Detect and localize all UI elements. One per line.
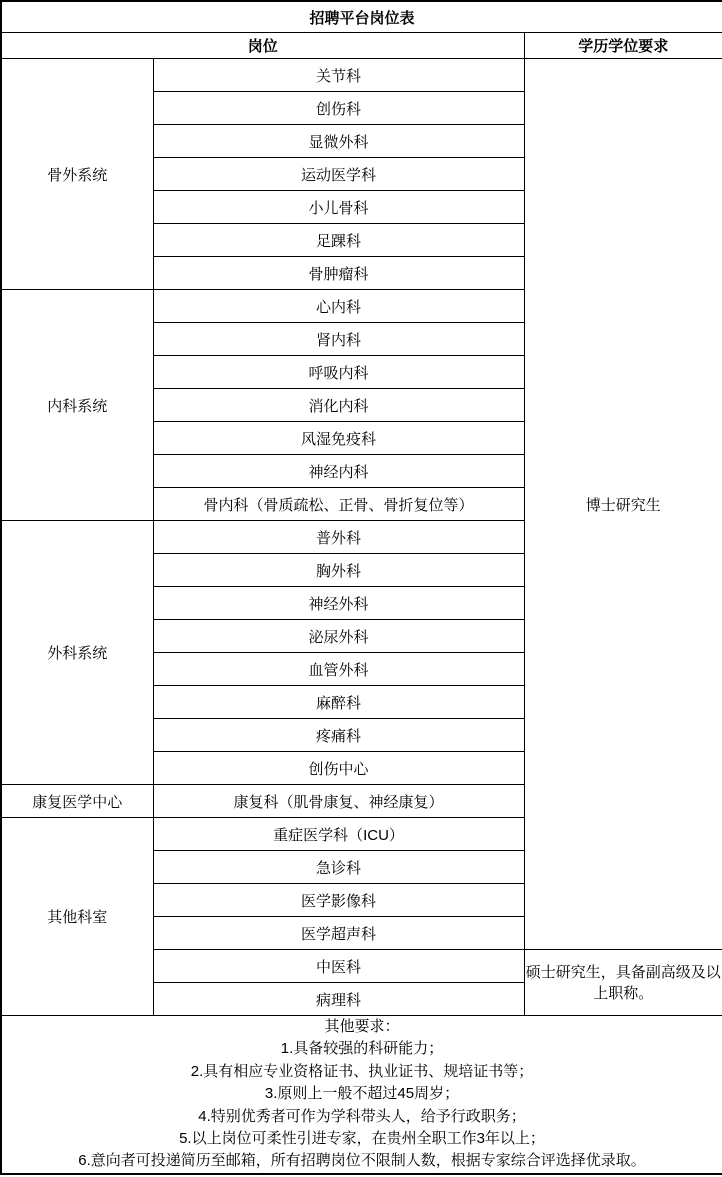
note-item: 2.具有相应专业资格证书、执业证书、规培证书等； [2,1061,722,1083]
department-cell: 疼痛科 [153,719,524,752]
department-cell: 运动医学科 [153,158,524,191]
note-item: 3.原则上一般不超过45周岁； [2,1083,722,1105]
department-cell: 消化内科 [153,389,524,422]
requirement-cell: 博士研究生 [524,59,722,950]
department-cell: 中医科 [153,950,524,983]
note-item: 1.具备较强的科研能力； [2,1038,722,1060]
department-cell: 创伤科 [153,92,524,125]
department-cell: 心内科 [153,290,524,323]
department-cell: 肾内科 [153,323,524,356]
department-cell: 显微外科 [153,125,524,158]
group-cell: 内科系统 [1,290,153,521]
department-cell: 血管外科 [153,653,524,686]
department-cell: 神经外科 [153,587,524,620]
department-cell: 足踝科 [153,224,524,257]
department-cell: 创伤中心 [153,752,524,785]
department-cell: 医学超声科 [153,917,524,950]
page-title: 招聘平台岗位表 [1,1,722,33]
department-cell: 呼吸内科 [153,356,524,389]
note-item: 6.意向者可投递简历至邮箱，所有招聘岗位不限制人数，根据专家综合评选择优录取。 [2,1150,722,1172]
department-cell: 麻醉科 [153,686,524,719]
group-cell: 其他科室 [1,818,153,1016]
note-item: 5.以上岗位可柔性引进专家，在贵州全职工作3年以上； [2,1128,722,1150]
column-header-requirement: 学历学位要求 [524,33,722,59]
department-cell: 康复科（肌骨康复、神经康复） [153,785,524,818]
table-notes-rows: 其他要求： 1.具备较强的科研能力； 2.具有相应专业资格证书、执业证书、规培证… [1,1016,722,1174]
department-cell: 小儿骨科 [153,191,524,224]
group-cell: 外科系统 [1,521,153,785]
group-cell: 康复医学中心 [1,785,153,818]
department-cell: 泌尿外科 [153,620,524,653]
department-cell: 风湿免疫科 [153,422,524,455]
department-cell: 医学影像科 [153,884,524,917]
group-cell: 骨外系统 [1,59,153,290]
notes-cell: 其他要求： 1.具备较强的科研能力； 2.具有相应专业资格证书、执业证书、规培证… [1,1016,722,1174]
title-row: 招聘平台岗位表 [1,1,722,33]
table-data-rows: 骨外系统关节科博士研究生创伤科显微外科运动医学科小儿骨科足踝科骨肿瘤科内科系统心… [1,59,722,1016]
department-cell: 急诊科 [153,851,524,884]
requirement-cell: 硕士研究生，具备副高级及以上职称。 [524,950,722,1016]
department-cell: 关节科 [153,59,524,92]
department-cell: 重症医学科（ICU） [153,818,524,851]
notes-row: 其他要求： 1.具备较强的科研能力； 2.具有相应专业资格证书、执业证书、规培证… [1,1016,722,1174]
notes-heading: 其他要求： [2,1016,722,1038]
table-row: 骨外系统关节科博士研究生 [1,59,722,92]
recruitment-table: 招聘平台岗位表 岗位 学历学位要求 骨外系统关节科博士研究生创伤科显微外科运动医… [0,0,722,1175]
note-item: 4.特别优秀者可作为学科带头人，给予行政职务； [2,1106,722,1128]
department-cell: 胸外科 [153,554,524,587]
column-header-position: 岗位 [1,33,524,59]
department-cell: 神经内科 [153,455,524,488]
department-cell: 病理科 [153,983,524,1016]
department-cell: 骨肿瘤科 [153,257,524,290]
header-row: 岗位 学历学位要求 [1,33,722,59]
department-cell: 普外科 [153,521,524,554]
table-head-rows: 招聘平台岗位表 岗位 学历学位要求 [1,1,722,59]
department-cell: 骨内科（骨质疏松、正骨、骨折复位等） [153,488,524,521]
